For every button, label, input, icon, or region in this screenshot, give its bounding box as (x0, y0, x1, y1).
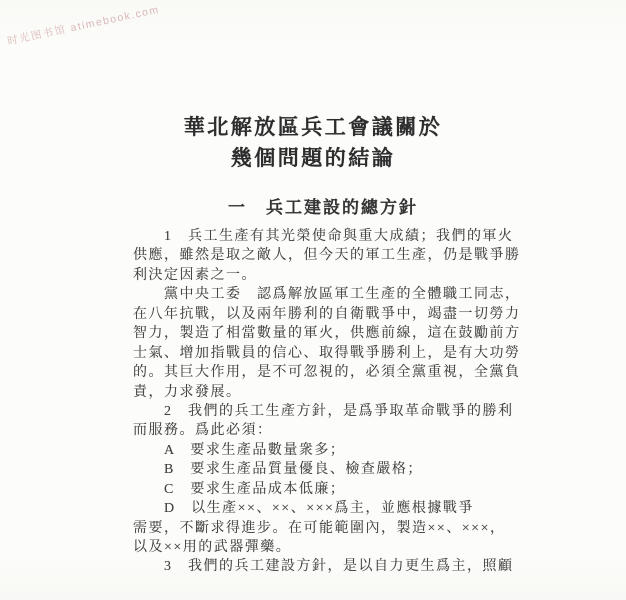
text-line: 1 兵工生產有其光榮使命與重大成績；我們的軍火 (133, 227, 543, 246)
scanned-book-page: 时光图书馆 atimebook.com 華北解放區兵工會議關於 幾個問題的結論 … (0, 0, 626, 600)
text-line: 以及××用的武器彈藥。 (133, 538, 543, 557)
text-line: 而服務。爲此必須： (133, 421, 543, 440)
text-line: C 要求生產品成本低廉； (133, 480, 543, 499)
text-line: 士氣、增加指戰員的信心、取得戰爭勝利上，是有大功勞 (133, 344, 543, 363)
document-title: 華北解放區兵工會議關於 幾個問題的結論 (0, 112, 626, 174)
text-line: 黨中央工委 認爲解放區軍工生產的全體職工同志， (133, 285, 543, 304)
text-line: D 以生產××、××、×××爲主，並應根據戰爭 (133, 499, 543, 518)
text-line: 的。其巨大作用，是不可忽視的，必須全黨重視，全黨負 (133, 363, 543, 382)
text-line: 3 我們的兵工建設方針，是以自力更生爲主，照顧 (133, 557, 543, 576)
section-heading: 一 兵工建設的總方針 (228, 193, 418, 218)
text-line: 在八年抗戰，以及兩年勝利的自衛戰爭中，竭盡一切勞力 (133, 305, 543, 324)
document-title-line2: 幾個問題的結論 (0, 143, 626, 174)
text-line: 2 我們的兵工生產方針，是爲爭取革命戰爭的勝利 (133, 402, 543, 421)
text-line: 智力，製造了相當數量的軍火，供應前線，這在鼓勵前方 (133, 324, 543, 343)
text-line: 需要，不斷求得進步。在可能範圍內，製造××、×××， (133, 519, 543, 538)
text-line: A 要求生產品數量衆多； (133, 441, 543, 460)
text-line: 利決定因素之一。 (133, 266, 543, 285)
text-line: 供應，雖然是取之敵人，但今天的軍工生產，仍是戰爭勝 (133, 246, 543, 265)
body-text: 1 兵工生產有其光榮使命與重大成績；我們的軍火供應，雖然是取之敵人，但今天的軍工… (133, 227, 543, 577)
text-line: B 要求生產品質量優良、檢查嚴格； (133, 460, 543, 479)
text-line: 責，力求發展。 (133, 383, 543, 402)
watermark: 时光图书馆 atimebook.com (6, 2, 161, 49)
document-title-line1: 華北解放區兵工會議關於 (0, 112, 626, 143)
